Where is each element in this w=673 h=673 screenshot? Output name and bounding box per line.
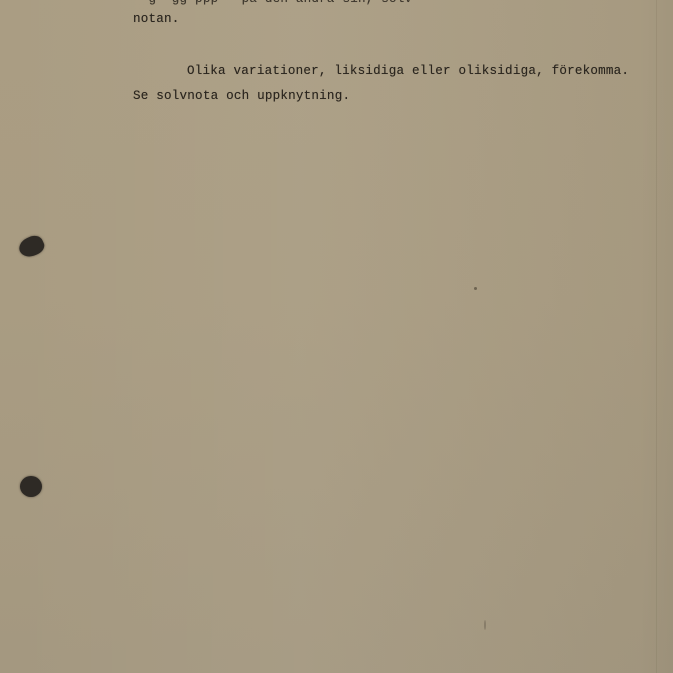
punch-hole-icon [16,233,47,261]
paper-speck [484,620,486,630]
cut-off-top-line: g gg ppp på den andra sin, solv- [133,0,420,6]
paper-speck [474,287,477,290]
punch-hole-icon [20,476,42,497]
page-edge-shadow [656,0,657,673]
text-line-variationer: Olika variationer, liksidiga eller oliks… [187,64,629,78]
text-line-solvnota: Se solvnota och uppknytning. [133,89,350,103]
document-page: g gg ppp på den andra sin, solv- notan. … [0,0,673,673]
text-line-notan: notan. [133,12,180,26]
